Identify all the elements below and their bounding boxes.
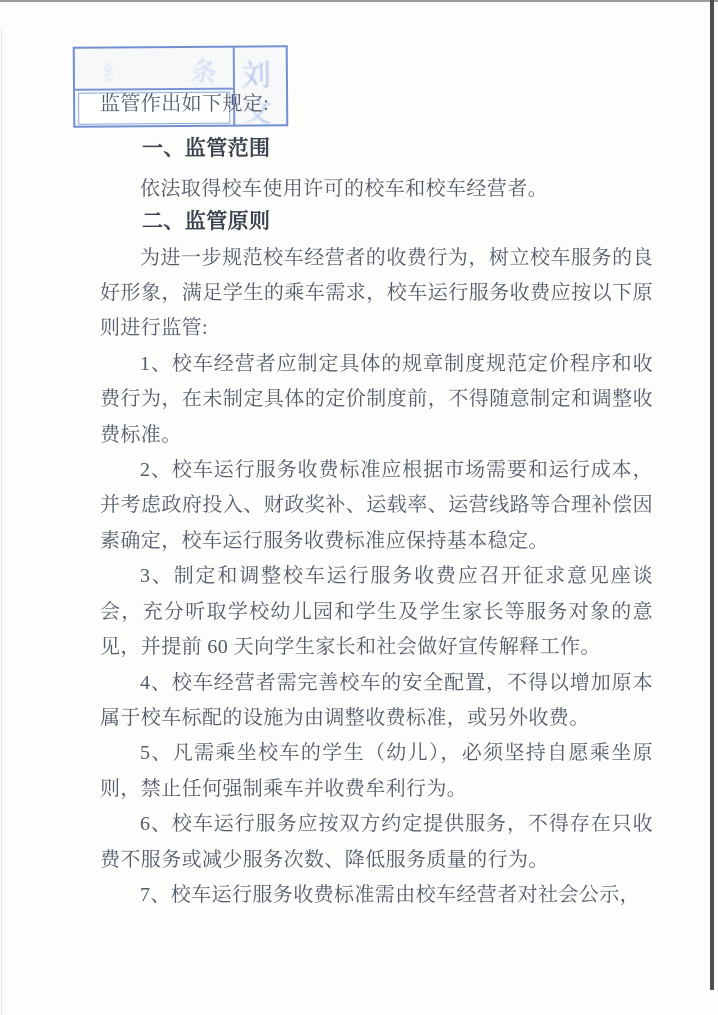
para-item-1: 1、校车经营者应制定具体的规章制度规范定价程序和收费行为，在未制定具体的定价制度… xyxy=(100,347,653,453)
para-item-3: 3、制定和调整校车运行服务收费应召开征求意见座谈会，充分听取学校幼儿园和学生及学… xyxy=(100,559,653,665)
heading-section-1: 一、监管范围 xyxy=(100,131,653,166)
scan-edge-left xyxy=(1,30,2,1015)
document-body: 监管作出如下规定: 一、监管范围 依法取得校车使用许可的校车和校车经营者。 二、… xyxy=(100,87,653,913)
line-continuation: 监管作出如下规定: xyxy=(100,87,653,122)
scan-edge-right xyxy=(710,0,714,990)
scanned-document-page: 纟 条 刘 文 监管作出如下规定: 一、监管范围 依法取得校车使用许可的校车和校… xyxy=(0,0,718,1015)
para-item-2: 2、校车运行服务收费标准应根据市场需要和运行成本，并考虑政府投入、财政奖补、运载… xyxy=(100,453,653,559)
para-item-4: 4、校车经营者需完善校车的安全配置，不得以增加原本属于校车标配的设施为由调整收费… xyxy=(100,666,653,737)
scan-edge-top xyxy=(0,0,718,2)
stamp-faint-mark-left: 纟 xyxy=(102,56,126,89)
para-item-6: 6、校车运行服务应按双方约定提供服务，不得存在只收费不服务或减少服务次数、降低服… xyxy=(100,807,653,878)
stamp-faint-mark-center: 条 xyxy=(189,50,220,90)
para-intro: 为进一步规范校车经营者的收费行为，树立校车服务的良好形象，满足学生的乘车需求，校… xyxy=(100,241,653,347)
para-scope: 依法取得校车使用许可的校车和校车经营者。 xyxy=(100,172,653,207)
heading-section-2: 二、监管原则 xyxy=(100,204,653,239)
para-item-7: 7、校车运行服务收费标准需由校车经营者对社会公示， xyxy=(100,878,653,913)
para-item-5: 5、凡需乘坐校车的学生（幼儿），必须坚持自愿乘坐原则，禁止任何强制乘车并收费牟利… xyxy=(100,736,653,807)
